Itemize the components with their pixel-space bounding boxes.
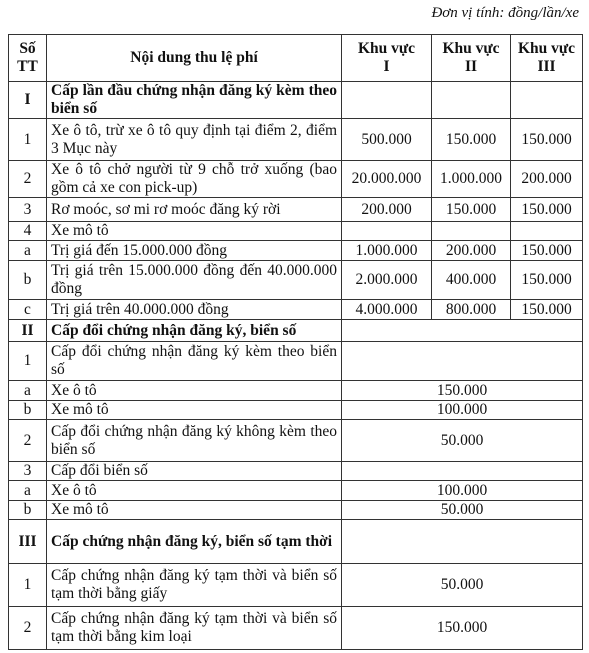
fee-kv1: 20.000.000 <box>342 161 432 198</box>
fee-all-regions <box>342 342 583 381</box>
row-content: Rơ moóc, sơ mi rơ moóc đăng ký rời <box>47 198 342 222</box>
row-content: Cấp đổi chứng nhận đăng ký kèm theo biển… <box>47 342 342 381</box>
fee-kv3: 200.000 <box>511 161 583 198</box>
section-row: IIICấp chứng nhận đăng ký, biển số tạm t… <box>9 520 583 564</box>
header-content: Nội dung thu lệ phí <box>47 35 342 82</box>
row-content: Trị giá đến 15.000.000 đồng <box>47 241 342 261</box>
header-kv1: Khu vựcI <box>342 35 432 82</box>
table-row: 2Cấp đổi chứng nhận đăng ký không kèm th… <box>9 420 583 462</box>
fee-kv2: 400.000 <box>432 261 511 300</box>
row-number: a <box>9 381 47 401</box>
table-row: 1Cấp chứng nhận đăng ký tạm thời và biển… <box>9 564 583 607</box>
fee-kv1 <box>342 222 432 241</box>
row-content: Cấp đổi chứng nhận đăng ký không kèm the… <box>47 420 342 462</box>
fee-all-regions <box>342 320 583 342</box>
row-number: 4 <box>9 222 47 241</box>
fee-kv3: 150.000 <box>511 261 583 300</box>
fee-kv1 <box>342 82 432 119</box>
fee-kv2: 150.000 <box>432 119 511 161</box>
fee-kv2 <box>432 222 511 241</box>
fee-kv3: 150.000 <box>511 198 583 222</box>
row-number: b <box>9 261 47 300</box>
table-row: 3Rơ moóc, sơ mi rơ moóc đăng ký rời200.0… <box>9 198 583 222</box>
fee-kv1: 1.000.000 <box>342 241 432 261</box>
row-content: Xe ô tô chở người từ 9 chỗ trở xuống (ba… <box>47 161 342 198</box>
fee-all-regions: 50.000 <box>342 501 583 520</box>
section-row: ICấp lần đầu chứng nhận đăng ký kèm theo… <box>9 82 583 119</box>
fee-kv2: 1.000.000 <box>432 161 511 198</box>
table-row: aXe ô tô100.000 <box>9 481 583 501</box>
fee-kv2 <box>432 82 511 119</box>
table-row: aXe ô tô150.000 <box>9 381 583 401</box>
fee-kv1: 200.000 <box>342 198 432 222</box>
row-content: Xe mô tô <box>47 401 342 420</box>
row-number: 2 <box>9 420 47 462</box>
fee-table: SốTT Nội dung thu lệ phí Khu vựcI Khu vự… <box>8 34 583 650</box>
row-content: Trị giá trên 40.000.000 đồng <box>47 300 342 320</box>
table-row: bXe mô tô50.000 <box>9 501 583 520</box>
table-row: aTrị giá đến 15.000.000 đồng1.000.000200… <box>9 241 583 261</box>
row-number: b <box>9 501 47 520</box>
fee-kv1: 4.000.000 <box>342 300 432 320</box>
table-row: 4Xe mô tô <box>9 222 583 241</box>
fee-kv3 <box>511 82 583 119</box>
fee-all-regions <box>342 462 583 481</box>
row-number: 2 <box>9 607 47 650</box>
row-content: Cấp chứng nhận đăng ký tạm thời và biển … <box>47 564 342 607</box>
table-row: cTrị giá trên 40.000.000 đồng4.000.00080… <box>9 300 583 320</box>
fee-kv3: 150.000 <box>511 241 583 261</box>
row-content: Cấp đổi biển số <box>47 462 342 481</box>
row-content: Xe mô tô <box>47 501 342 520</box>
row-content: Cấp chứng nhận đăng ký, biển số tạm thời <box>47 520 342 564</box>
row-number: 3 <box>9 462 47 481</box>
fee-all-regions: 100.000 <box>342 401 583 420</box>
row-number: a <box>9 481 47 501</box>
fee-kv2: 800.000 <box>432 300 511 320</box>
row-number: a <box>9 241 47 261</box>
fee-all-regions <box>342 520 583 564</box>
header-kv3: Khu vựcIII <box>511 35 583 82</box>
fee-all-regions: 100.000 <box>342 481 583 501</box>
row-number: 2 <box>9 161 47 198</box>
fee-kv2: 200.000 <box>432 241 511 261</box>
row-number: 1 <box>9 564 47 607</box>
row-content: Xe mô tô <box>47 222 342 241</box>
unit-note: Đơn vị tính: đồng/lần/xe <box>431 5 579 22</box>
row-number: 3 <box>9 198 47 222</box>
row-number: c <box>9 300 47 320</box>
row-content: Trị giá trên 15.000.000 đồng đến 40.000.… <box>47 261 342 300</box>
row-content: Xe ô tô <box>47 381 342 401</box>
row-number: 1 <box>9 119 47 161</box>
fee-all-regions: 50.000 <box>342 564 583 607</box>
row-number: III <box>9 520 47 564</box>
table-row: 2Xe ô tô chở người từ 9 chỗ trở xuống (b… <box>9 161 583 198</box>
row-content: Xe ô tô, trừ xe ô tô quy định tại điểm 2… <box>47 119 342 161</box>
fee-kv1: 2.000.000 <box>342 261 432 300</box>
row-number: II <box>9 320 47 342</box>
fee-all-regions: 150.000 <box>342 607 583 650</box>
header-kv2: Khu vựcII <box>432 35 511 82</box>
fee-all-regions: 150.000 <box>342 381 583 401</box>
table-row: bXe mô tô100.000 <box>9 401 583 420</box>
fee-kv3: 150.000 <box>511 300 583 320</box>
header-row: SốTT Nội dung thu lệ phí Khu vựcI Khu vự… <box>9 35 583 82</box>
row-content: Xe ô tô <box>47 481 342 501</box>
row-content: Cấp đổi chứng nhận đăng ký, biển số <box>47 320 342 342</box>
row-content: Cấp chứng nhận đăng ký tạm thời và biển … <box>47 607 342 650</box>
table-row: 2Cấp chứng nhận đăng ký tạm thời và biển… <box>9 607 583 650</box>
fee-kv3: 150.000 <box>511 119 583 161</box>
row-number: 1 <box>9 342 47 381</box>
section-row: IICấp đổi chứng nhận đăng ký, biển số <box>9 320 583 342</box>
table-row: 1Xe ô tô, trừ xe ô tô quy định tại điểm … <box>9 119 583 161</box>
table-row: bTrị giá trên 15.000.000 đồng đến 40.000… <box>9 261 583 300</box>
fee-kv2: 150.000 <box>432 198 511 222</box>
table-row: 3Cấp đổi biển số <box>9 462 583 481</box>
fee-all-regions: 50.000 <box>342 420 583 462</box>
fee-kv1: 500.000 <box>342 119 432 161</box>
table-row: 1Cấp đổi chứng nhận đăng ký kèm theo biể… <box>9 342 583 381</box>
row-number: b <box>9 401 47 420</box>
fee-kv3 <box>511 222 583 241</box>
row-number: I <box>9 82 47 119</box>
row-content: Cấp lần đầu chứng nhận đăng ký kèm theo … <box>47 82 342 119</box>
header-stt: SốTT <box>9 35 47 82</box>
